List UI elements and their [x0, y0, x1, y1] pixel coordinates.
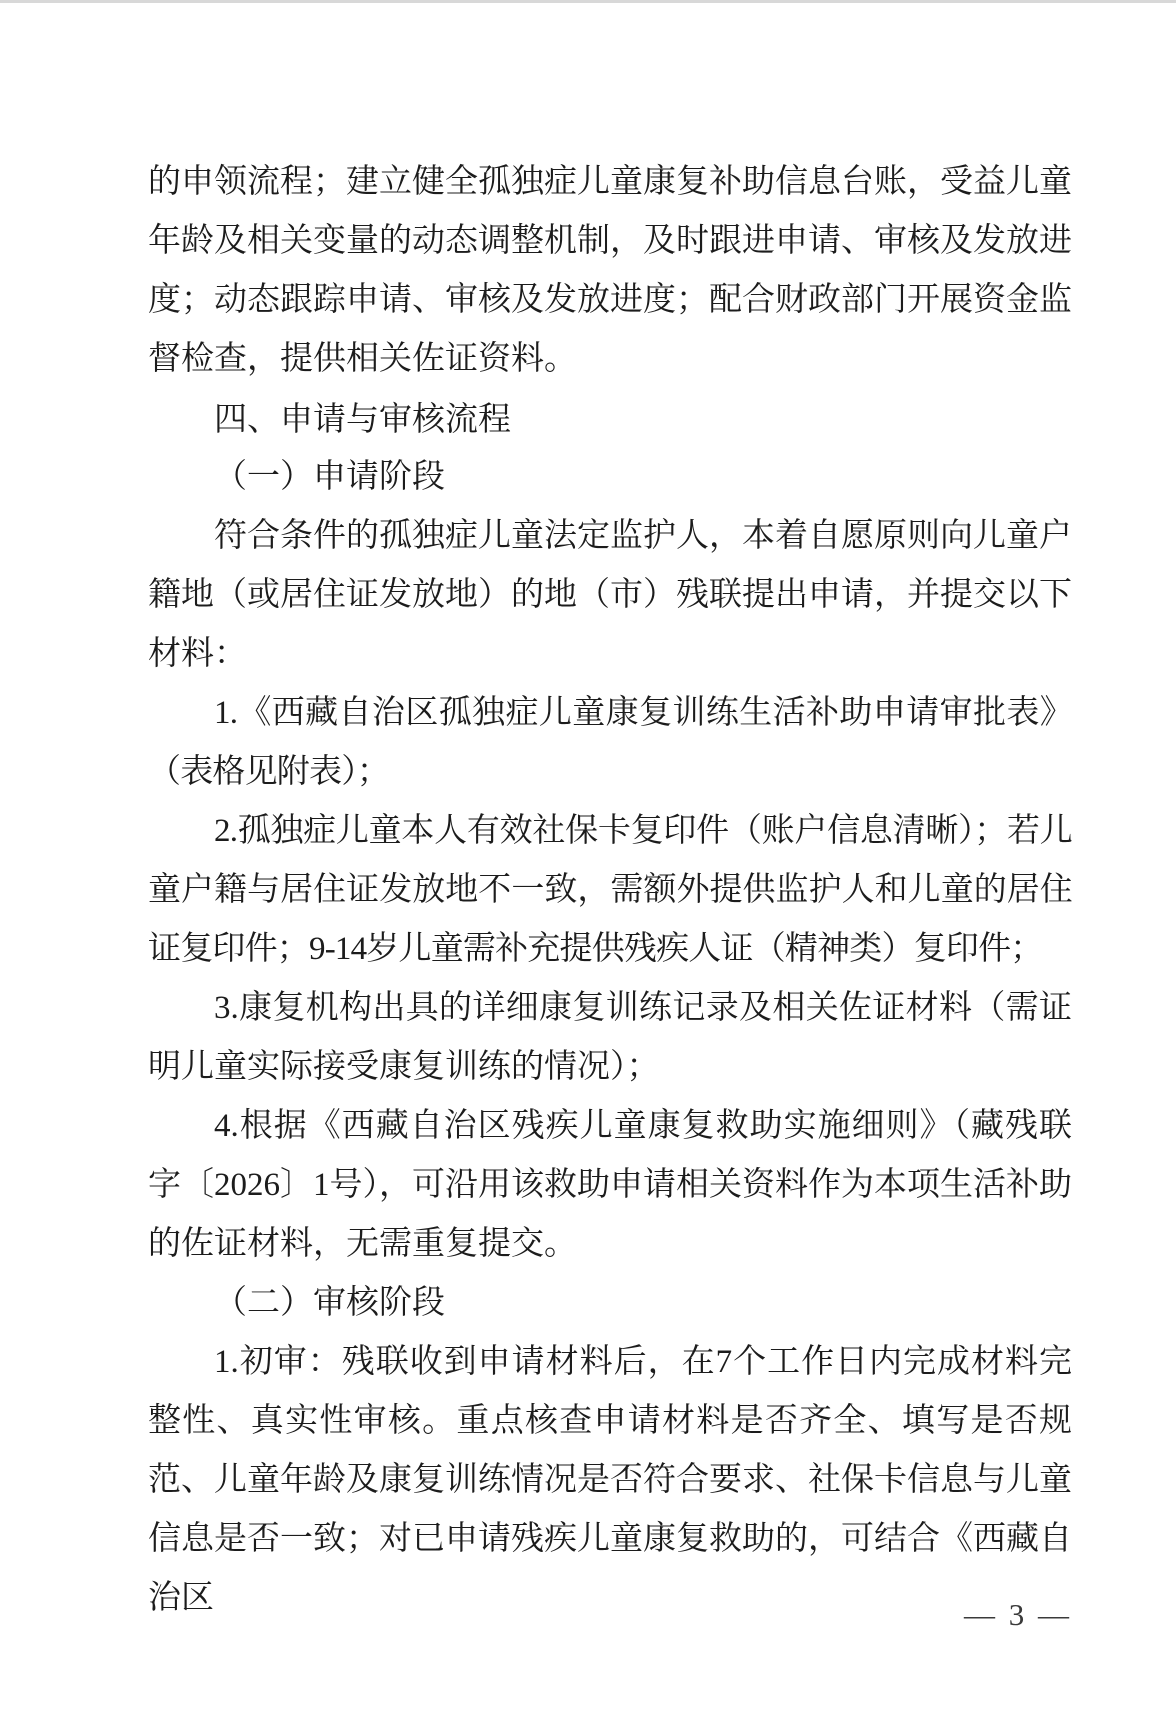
paragraph-material-1: 1.《西藏自治区孤独症儿童康复训练生活补助申请审批表》（表格见附表）；	[148, 684, 1072, 802]
page-number: — 3 —	[964, 1595, 1072, 1635]
paragraph-continued-from-previous-page: 的申领流程；建立健全孤独症儿童康复补助信息台账，受益儿童年龄及相关变量的动态调整…	[148, 153, 1072, 389]
heading-section-4: 四、申请与审核流程	[148, 389, 1072, 448]
paragraph-application-intro: 符合条件的孤独症儿童法定监护人，本着自愿原则向儿童户籍地（或居住证发放地）的地（…	[148, 507, 1072, 684]
heading-subsection-1-application-stage: （一）申请阶段	[148, 448, 1072, 507]
paragraph-material-4: 4.根据《西藏自治区残疾儿童康复救助实施细则》（藏残联字〔2026〕1号），可沿…	[148, 1097, 1072, 1274]
document-page: 的申领流程；建立健全孤独症儿童康复补助信息台账，受益儿童年龄及相关变量的动态调整…	[0, 0, 1176, 1716]
paragraph-review-initial: 1.初审：残联收到申请材料后，在7个工作日内完成材料完整性、真实性审核。重点核查…	[148, 1333, 1072, 1628]
document-body: 的申领流程；建立健全孤独症儿童康复补助信息台账，受益儿童年龄及相关变量的动态调整…	[148, 153, 1072, 1628]
heading-subsection-2-review-stage: （二）审核阶段	[148, 1274, 1072, 1333]
paragraph-material-3: 3.康复机构出具的详细康复训练记录及相关佐证材料（需证明儿童实际接受康复训练的情…	[148, 979, 1072, 1097]
paragraph-material-2: 2.孤独症儿童本人有效社保卡复印件（账户信息清晰）；若儿童户籍与居住证发放地不一…	[148, 802, 1072, 979]
